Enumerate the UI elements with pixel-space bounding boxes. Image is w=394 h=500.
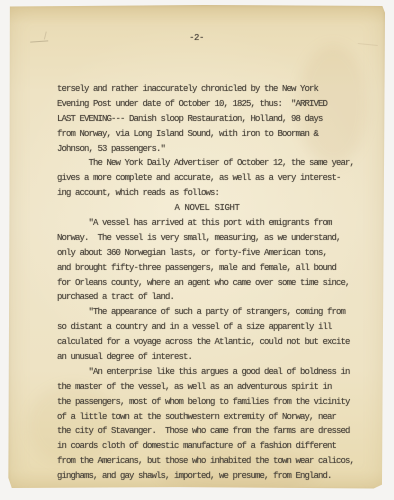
text-line: an unusual degree of interest. [57,350,357,365]
text-line: the master of the vessel, as well as an … [57,380,357,395]
page-number: -2- [8,33,385,43]
text-line: for Orleans county, where an agent who c… [57,276,357,291]
text-line: the city of Stavanger. Those who came fr… [57,424,357,439]
text-line: and brought fifty-three passengers, male… [57,261,357,276]
text-line: calculated for a voyage across the Atlan… [57,335,357,350]
photo-background: -2- tersely and rather inaccurately chro… [0,0,394,500]
text-line: LAST EVENING--- Danish sloop Restauratio… [57,112,357,127]
text-line: Johnson, 53 passengers." [57,142,357,157]
text-line: gives a more complete and accurate, as w… [57,171,357,186]
typed-text: tersely and rather inaccurately chronicl… [57,82,357,484]
text-line: in coards cloth of domestic manufacture … [57,439,357,454]
text-line: ginghams, and gay shawls, imported, we p… [57,469,357,484]
text-line: tersely and rather inaccurately chronicl… [57,82,357,97]
text-line: Norway. The vessel is very small, measur… [57,231,357,246]
document-page: -2- tersely and rather inaccurately chro… [8,5,385,490]
text-line: only about 360 Norwegian lasts, or forty… [57,246,357,261]
text-line: ing account, which reads as follows: [57,186,357,201]
text-line: so distant a country and in a vessel of … [57,320,357,335]
text-line: from Norway, via Long Island Sound, with… [57,127,357,142]
text-line: of a little town at the southwestern ext… [57,410,357,425]
text-line: The New York Daily Advertiser of October… [57,156,357,171]
text-line: from the Americans, but those who inhabi… [57,454,357,469]
text-line: "An enterprise like this argues a good d… [57,365,357,380]
text-line: "The appearance of such a party of stran… [57,305,357,320]
text-line: purchased a tract of land. [57,290,357,305]
section-heading: A NOVEL SIGHT [57,201,357,216]
text-line: Evening Post under date of October 10, 1… [57,97,357,112]
text-line: the passengers, most of whom belong to f… [57,395,357,410]
text-line: "A vessel has arrived at this port with … [57,216,357,231]
